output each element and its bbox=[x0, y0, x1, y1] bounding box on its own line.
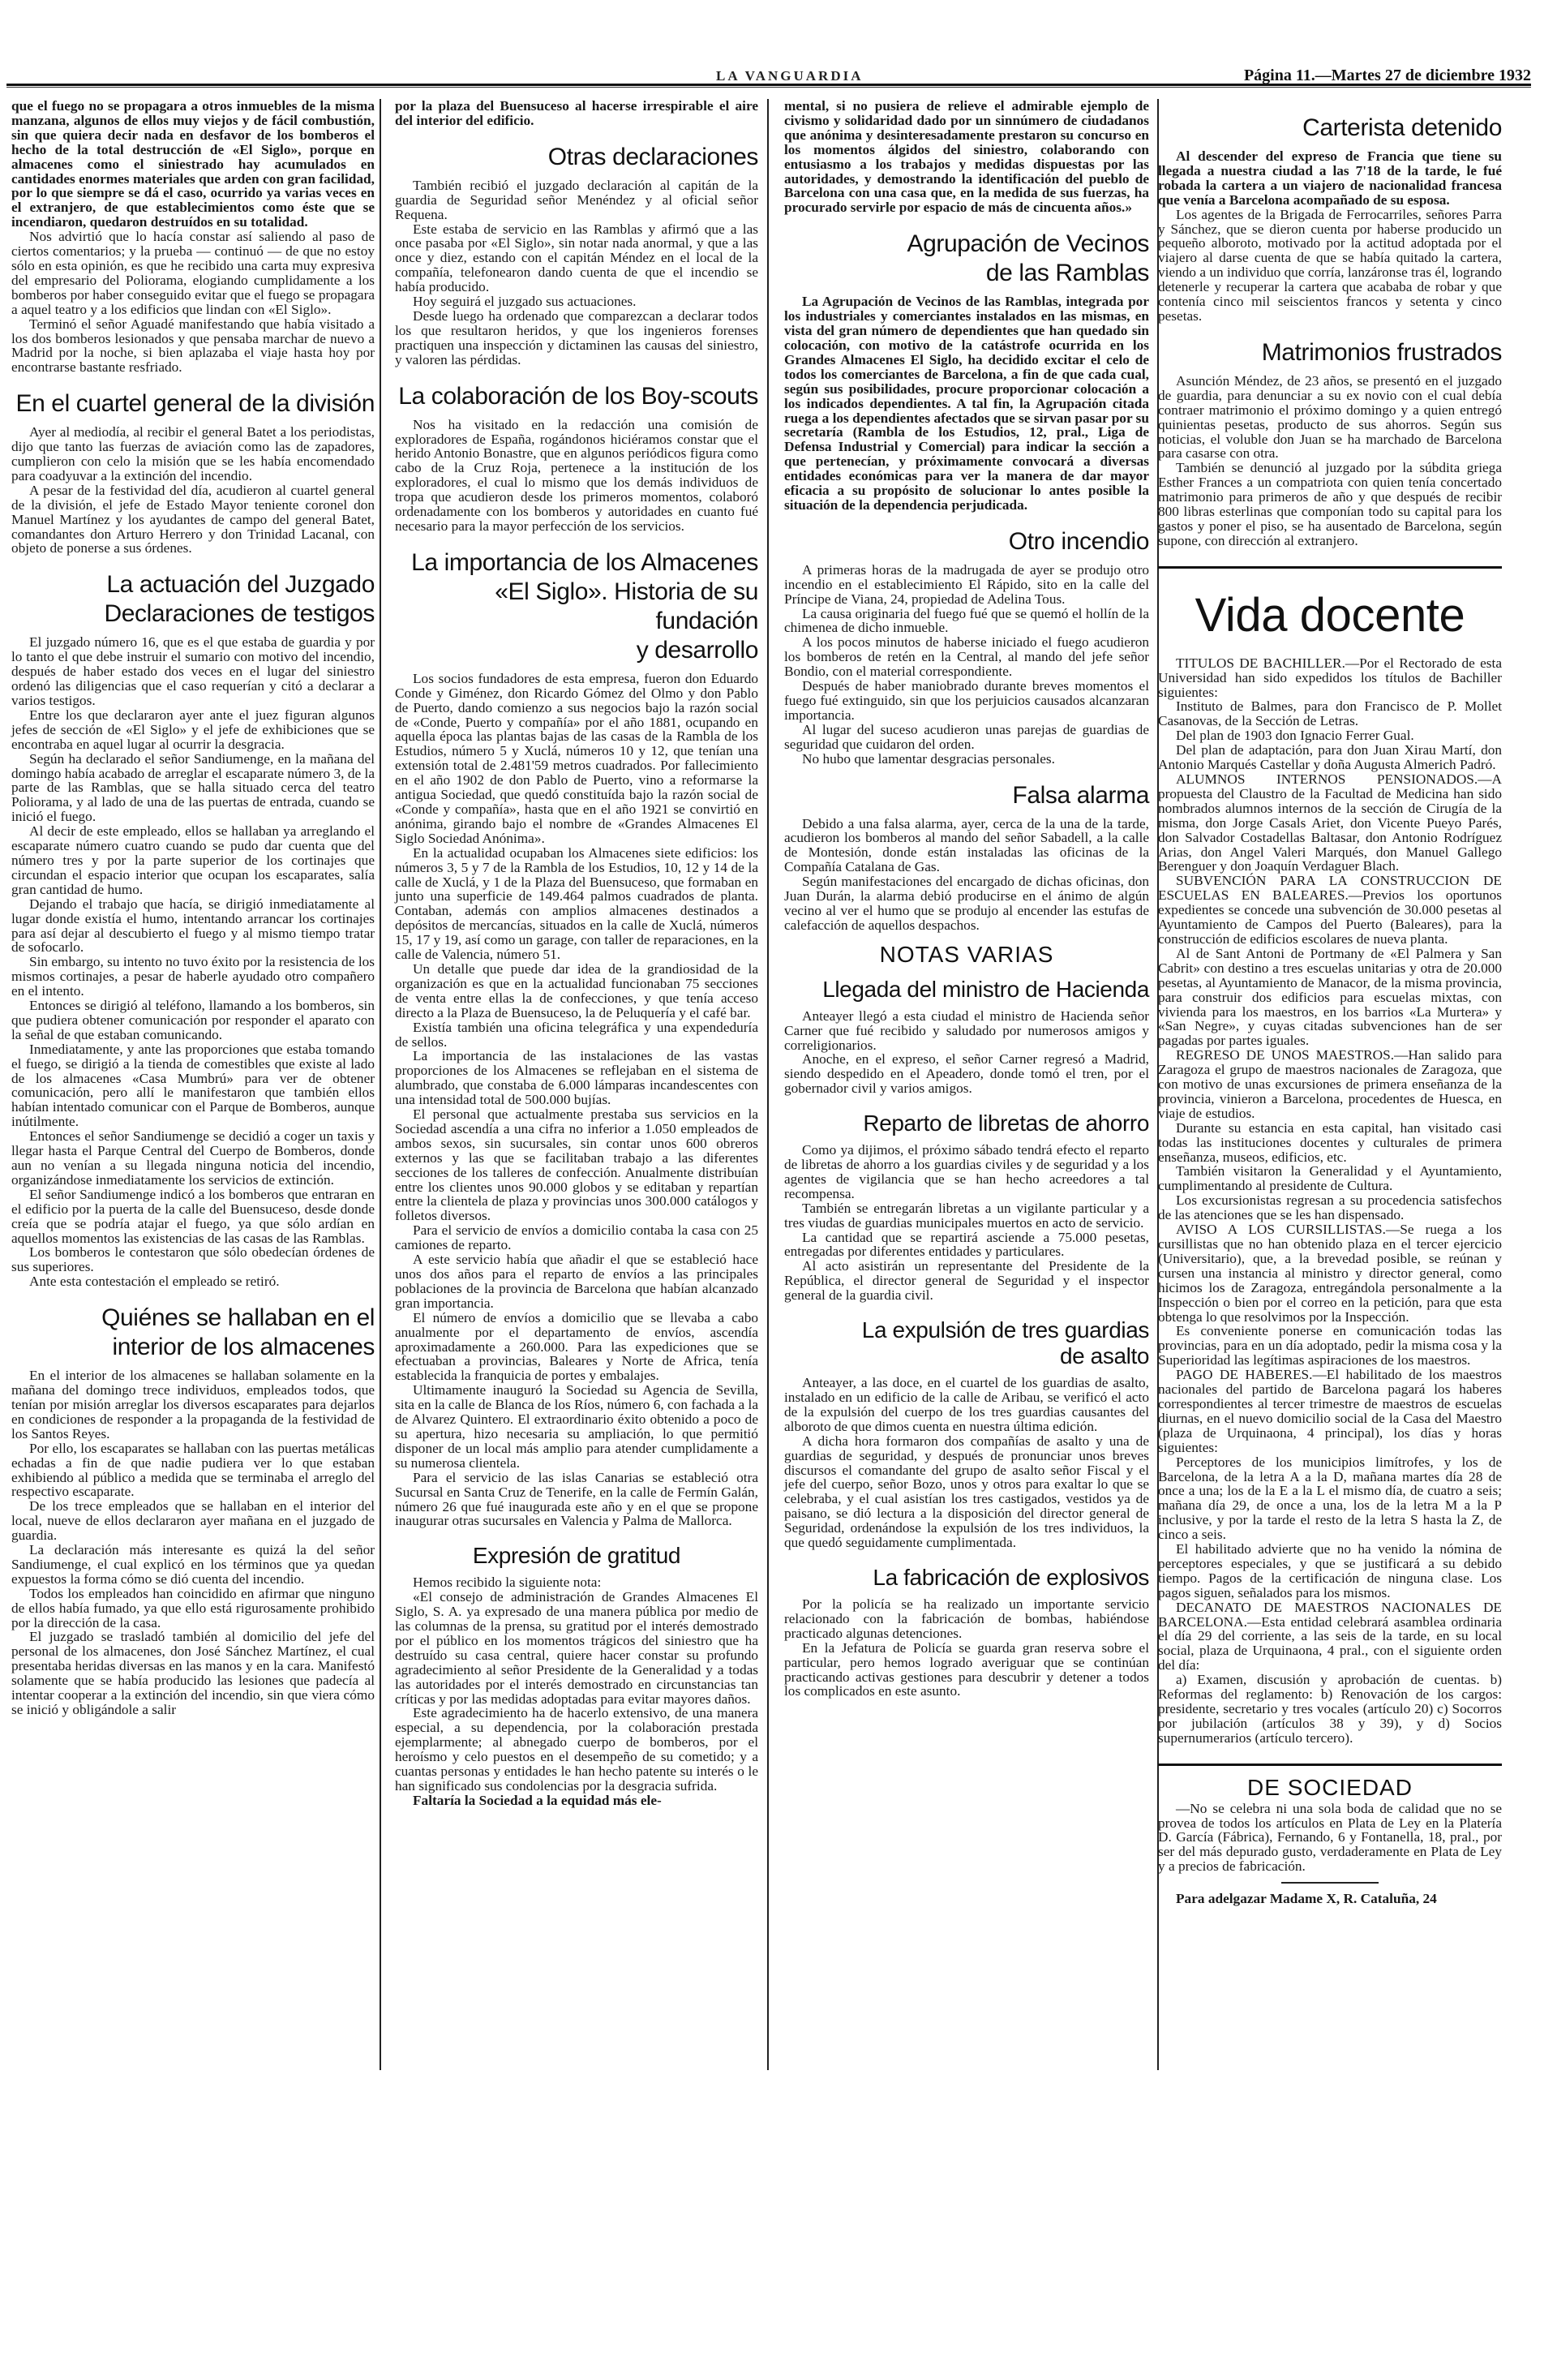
advertisement-line: Para adelgazar Madame X, R. Cataluña, 24 bbox=[1158, 1892, 1502, 1906]
article-paragraph: Entonces se dirigió al teléfono, llamand… bbox=[11, 999, 375, 1042]
article-paragraph: A los pocos minutos de haberse iniciado … bbox=[784, 635, 1149, 679]
article-paragraph: El habilitado advierte que no ha venido … bbox=[1158, 1542, 1502, 1600]
article-paragraph: por la plaza del Buensuceso al hacerse i… bbox=[395, 99, 758, 128]
headline-quienes-se-hallaban: Quiénes se hallaban en el interior de lo… bbox=[11, 1304, 375, 1362]
article-paragraph: Sin embargo, su intento no tuvo éxito po… bbox=[11, 955, 375, 999]
article-paragraph: Es conveniente ponerse en comunicación t… bbox=[1158, 1324, 1502, 1368]
article-paragraph: Asunción Méndez, de 23 años, se presentó… bbox=[1158, 374, 1502, 461]
headline-cuartel-general: En el cuartel general de la división bbox=[11, 389, 375, 419]
article-paragraph: No hubo que lamentar desgracias personal… bbox=[784, 752, 1149, 767]
article-paragraph: La importancia de las instalaciones de l… bbox=[395, 1049, 758, 1107]
article-paragraph: El juzgado número 16, que es el que esta… bbox=[11, 635, 375, 708]
article-paragraph: Los bomberos le contestaron que sólo obe… bbox=[11, 1245, 375, 1274]
headline-actuacion-juzgado: La actuación del Juzgado Declaraciones d… bbox=[11, 570, 375, 629]
section-rule bbox=[1158, 1764, 1502, 1766]
article-paragraph: En el interior de los almacenes se halla… bbox=[11, 1368, 375, 1441]
article-paragraph: Los excursionistas regresan a su procede… bbox=[1158, 1193, 1502, 1222]
headline-line: Quiénes se hallaban en el bbox=[101, 1304, 375, 1331]
article-paragraph: Debido a una falsa alarma, ayer, cerca d… bbox=[784, 817, 1149, 875]
article-paragraph: A dicha hora formaron dos compañías de a… bbox=[784, 1434, 1149, 1550]
article-paragraph: Para el servicio de envíos a domicilio c… bbox=[395, 1223, 758, 1252]
section-rule bbox=[1158, 566, 1502, 569]
article-paragraph: Al lugar del suceso acudieron unas parej… bbox=[784, 723, 1149, 752]
headline-line: La importancia de los Almacenes bbox=[411, 549, 758, 576]
headline-carterista-detenido: Carterista detenido bbox=[1158, 114, 1502, 143]
article-paragraph: Anteayer llegó a esta ciudad el ministro… bbox=[784, 1009, 1149, 1053]
article-paragraph: También se denunció al juzgado por la sú… bbox=[1158, 461, 1502, 548]
article-paragraph: Dejando el trabajo que hacía, se dirigió… bbox=[11, 897, 375, 956]
article-paragraph: El juzgado se trasladó también al domici… bbox=[11, 1630, 375, 1716]
article-paragraph: Terminó el señor Aguadé manifestando que… bbox=[11, 317, 375, 376]
article-paragraph: A pesar de la festividad del día, acudie… bbox=[11, 483, 375, 556]
article-paragraph: A este servicio había que añadir el que … bbox=[395, 1252, 758, 1311]
article-paragraph: Después de haber maniobrado durante brev… bbox=[784, 679, 1149, 723]
article-paragraph: Este agradecimiento ha de hacerlo extens… bbox=[395, 1706, 758, 1793]
section-title-notas-varias: NOTAS VARIAS bbox=[784, 947, 1149, 962]
article-paragraph: Nos ha visitado en la redacción una comi… bbox=[395, 418, 758, 534]
article-paragraph: REGRESO DE UNOS MAESTROS.—Han salido par… bbox=[1158, 1048, 1502, 1121]
article-paragraph: Del plan de adaptación, para don Juan Xi… bbox=[1158, 743, 1502, 772]
headline-importancia-almacenes: La importancia de los Almacenes «El Sigl… bbox=[395, 548, 758, 665]
article-paragraph: Según manifestaciones del encargado de d… bbox=[784, 874, 1149, 933]
column-1: que el fuego no se propagara a otros inm… bbox=[11, 99, 375, 1717]
masthead-rule bbox=[6, 84, 1531, 88]
article-paragraph: Desde luego ha ordenado que comparezcan … bbox=[395, 309, 758, 367]
article-paragraph: La Agrupación de Vecinos de las Ramblas,… bbox=[784, 294, 1149, 513]
article-paragraph: Del plan de 1903 don Ignacio Ferrer Gual… bbox=[1158, 728, 1502, 743]
article-paragraph: En la actualidad ocupaban los Almacenes … bbox=[395, 846, 758, 962]
article-paragraph: Anteayer, a las doce, en el cuartel de l… bbox=[784, 1376, 1149, 1434]
article-paragraph: Por la policía se ha realizado un import… bbox=[784, 1597, 1149, 1641]
ad-separator bbox=[1281, 1882, 1379, 1884]
article-paragraph: También visitaron la Generalidad y el Ay… bbox=[1158, 1164, 1502, 1193]
newspaper-name: LA VANGUARDIA bbox=[716, 68, 863, 84]
article-paragraph: Instituto de Balmes, para don Francisco … bbox=[1158, 699, 1502, 728]
headline-otras-declaraciones: Otras declaraciones bbox=[395, 143, 758, 172]
headline-reparto-libretas: Reparto de libretas de ahorro bbox=[784, 1111, 1149, 1136]
page-number-date: Página 11.—Martes 27 de diciembre 1932 bbox=[1244, 67, 1531, 85]
headline-line: Declaraciones de testigos bbox=[104, 600, 375, 627]
article-paragraph: También se entregarán libretas a un vigi… bbox=[784, 1201, 1149, 1231]
headline-line: «El Siglo». Historia de su fundación bbox=[495, 578, 758, 634]
article-paragraph: Por ello, los escaparates se hallaban co… bbox=[11, 1441, 375, 1500]
article-paragraph: De los trece empleados que se hallaban e… bbox=[11, 1499, 375, 1543]
article-paragraph: Ultimamente inauguró la Sociedad su Agen… bbox=[395, 1383, 758, 1470]
headline-boy-scouts: La colaboración de los Boy-scouts bbox=[395, 382, 758, 411]
article-paragraph: Perceptores de los municipios limítrofes… bbox=[1158, 1455, 1502, 1542]
article-paragraph: También recibió el juzgado declaración a… bbox=[395, 178, 758, 222]
article-paragraph: Anoche, en el expreso, el señor Carner r… bbox=[784, 1052, 1149, 1096]
headline-line: de las Ramblas bbox=[986, 260, 1149, 286]
article-paragraph: —No se celebra ni una sola boda de calid… bbox=[1158, 1802, 1502, 1875]
article-paragraph: Ayer al mediodía, al recibir el general … bbox=[11, 425, 375, 483]
article-paragraph: Para el servicio de las islas Canarias s… bbox=[395, 1471, 758, 1529]
article-paragraph: La declaración más interesante es quizá … bbox=[11, 1543, 375, 1587]
section-title-de-sociedad: DE SOCIEDAD bbox=[1158, 1781, 1502, 1795]
article-paragraph: Este estaba de servicio en las Ramblas y… bbox=[395, 222, 758, 295]
article-paragraph: Ante esta contestación el empleado se re… bbox=[11, 1274, 375, 1289]
article-paragraph: PAGO DE HABERES.—El habilitado de los ma… bbox=[1158, 1368, 1502, 1454]
column-3: mental, si no pusiera de relieve el admi… bbox=[784, 99, 1149, 1699]
headline-line: de asalto bbox=[1060, 1343, 1149, 1368]
headline-line: La actuación del Juzgado bbox=[106, 571, 375, 598]
article-paragraph: a) Examen, discusión y aprobación de cue… bbox=[1158, 1673, 1502, 1746]
article-paragraph: Al acto asistirán un representante del P… bbox=[784, 1259, 1149, 1303]
column-divider bbox=[380, 99, 381, 2070]
article-paragraph: Faltaría la Sociedad a la equidad más el… bbox=[395, 1794, 758, 1808]
article-paragraph: Hoy seguirá el juzgado sus actuaciones. bbox=[395, 294, 758, 309]
article-paragraph: Como ya dijimos, el próximo sábado tendr… bbox=[784, 1143, 1149, 1201]
article-paragraph: Existía también una oficina telegráfica … bbox=[395, 1020, 758, 1050]
article-paragraph: Un detalle que puede dar idea de la gran… bbox=[395, 962, 758, 1020]
headline-falsa-alarma: Falsa alarma bbox=[784, 781, 1149, 810]
article-paragraph: Inmediatamente, y ante las proporciones … bbox=[11, 1042, 375, 1129]
article-paragraph: Al descender del expreso de Francia que … bbox=[1158, 149, 1502, 208]
headline-line: y desarrollo bbox=[637, 637, 758, 664]
headline-agrupacion-vecinos: Agrupación de Vecinos de las Ramblas bbox=[784, 230, 1149, 288]
article-paragraph: SUBVENCIÓN PARA LA CONSTRUCCION DE ESCUE… bbox=[1158, 874, 1502, 947]
article-paragraph: El número de envíos a domicilio que se l… bbox=[395, 1311, 758, 1384]
headline-matrimonios-frustrados: Matrimonios frustrados bbox=[1158, 338, 1502, 367]
article-paragraph: A primeras horas de la madrugada de ayer… bbox=[784, 563, 1149, 607]
article-paragraph: que el fuego no se propagara a otros inm… bbox=[11, 99, 375, 230]
headline-fabricacion-explosivos: La fabricación de explosivos bbox=[784, 1565, 1149, 1591]
headline-expresion-gratitud: Expresión de gratitud bbox=[395, 1543, 758, 1569]
article-paragraph: ALUMNOS INTERNOS PENSIONADOS.—A propuest… bbox=[1158, 772, 1502, 874]
section-title-vida-docente: Vida docente bbox=[1158, 590, 1502, 642]
article-paragraph: mental, si no pusiera de relieve el admi… bbox=[784, 99, 1149, 215]
article-paragraph: Hemos recibido la siguiente nota: bbox=[395, 1575, 758, 1590]
article-paragraph: El personal que actualmente prestaba sus… bbox=[395, 1107, 758, 1223]
article-paragraph: En la Jefatura de Policía se guarda gran… bbox=[784, 1641, 1149, 1699]
headline-line: interior de los almacenes bbox=[112, 1334, 375, 1360]
headline-line: La expulsión de tres guardias bbox=[862, 1317, 1149, 1343]
article-paragraph: AVISO A LOS CURSILLISTAS.—Se ruega a los… bbox=[1158, 1222, 1502, 1324]
article-paragraph: «El consejo de administración de Grandes… bbox=[395, 1590, 758, 1706]
headline-line: Agrupación de Vecinos bbox=[907, 230, 1150, 257]
article-paragraph: Los agentes de la Brigada de Ferrocarril… bbox=[1158, 208, 1502, 324]
article-paragraph: DECANATO DE MAESTROS NACIONALES DE BARCE… bbox=[1158, 1600, 1502, 1673]
headline-expulsion-guardias: La expulsión de tres guardias de asalto bbox=[784, 1317, 1149, 1369]
article-paragraph: Los socios fundadores de esta empresa, f… bbox=[395, 672, 758, 846]
column-4: Carterista detenido Al descender del exp… bbox=[1158, 99, 1502, 1906]
article-paragraph: Todos los empleados han coincidido en af… bbox=[11, 1587, 375, 1630]
article-paragraph: La causa originaria del fuego fué que se… bbox=[784, 607, 1149, 636]
article-paragraph: TITULOS DE BACHILLER.—Por el Rectorado d… bbox=[1158, 656, 1502, 700]
column-2: por la plaza del Buensuceso al hacerse i… bbox=[395, 99, 758, 1808]
article-paragraph: El señor Sandiumenge indicó a los bomber… bbox=[11, 1188, 375, 1246]
article-paragraph: Al decir de este empleado, ellos se hall… bbox=[11, 824, 375, 897]
article-paragraph: Según ha declarado el señor Sandiumenge,… bbox=[11, 752, 375, 825]
article-paragraph: Al de Sant Antoni de Portmany de «El Pal… bbox=[1158, 947, 1502, 1048]
article-paragraph: Durante su estancia en esta capital, han… bbox=[1158, 1121, 1502, 1165]
headline-otro-incendio: Otro incendio bbox=[784, 527, 1149, 556]
article-paragraph: Entonces el señor Sandiumenge se decidió… bbox=[11, 1129, 375, 1188]
article-paragraph: Nos advirtió que lo hacía constar así sa… bbox=[11, 230, 375, 316]
headline-llegada-ministro: Llegada del ministro de Hacienda bbox=[784, 977, 1149, 1003]
article-paragraph: Entre los que declararon ayer ante el ju… bbox=[11, 708, 375, 752]
column-divider bbox=[767, 99, 769, 2070]
article-paragraph: La cantidad que se repartirá asciende a … bbox=[784, 1231, 1149, 1260]
